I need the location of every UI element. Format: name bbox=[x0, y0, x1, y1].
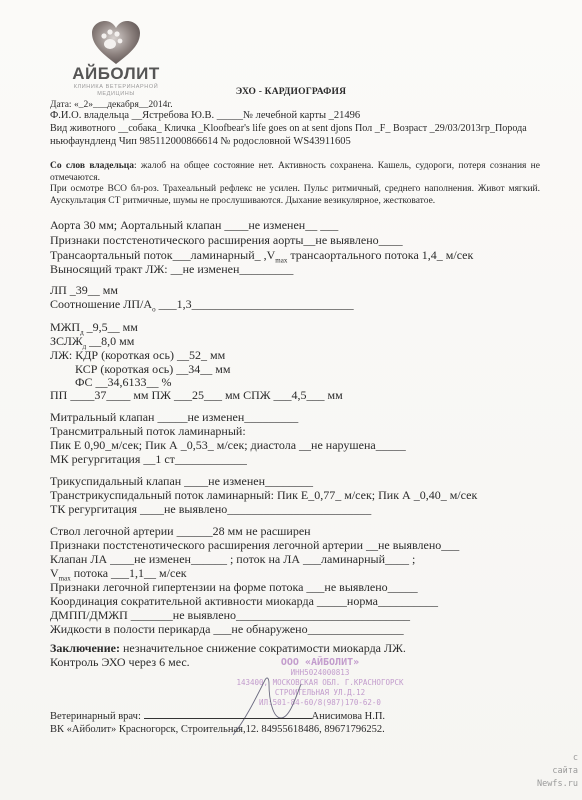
aorta-flow-value: трансаортального потока 1,4_ м/сек bbox=[287, 248, 473, 262]
conclusion: Заключение: незначительное снижение сокр… bbox=[50, 641, 406, 656]
mitral-line-2: Трансмитральный поток ламинарный: bbox=[50, 424, 246, 439]
owner-line: Ф.И.О. владельца __Ястребова Ю.В. _____№… bbox=[50, 110, 360, 121]
doctor-name: Анисимова Н.П. bbox=[312, 711, 386, 722]
tricuspid-line-1: Трикуспидальный клапан ____не изменен___… bbox=[50, 474, 313, 489]
la-ao-value: ___1,3___________________________ bbox=[156, 297, 354, 311]
exam-date: Дата: «_2»___декабря__2014г. bbox=[50, 100, 173, 110]
heart-paw-icon bbox=[90, 20, 142, 66]
lvpw-label: ЗСЛЖ bbox=[50, 334, 83, 348]
aorta-line-2: Признаки постстенотического расширения а… bbox=[50, 233, 403, 248]
chamber-sizes: ПП ____37____ мм ПЖ ___25___ мм СПЖ ___4… bbox=[50, 388, 343, 403]
tricuspid-line-2: Транстрикуспидальный поток ламинарный: П… bbox=[50, 488, 477, 503]
watermark: с сайта Newfs.ru bbox=[537, 752, 578, 791]
conclusion-label: Заключение: bbox=[50, 641, 120, 655]
pulmonary-line-7: ДМПП/ДМЖП _______не выявлено____________… bbox=[50, 608, 410, 623]
watermark-line-3: Newfs.ru bbox=[537, 778, 578, 791]
pulm-v-label: V bbox=[50, 566, 59, 580]
pulmonary-line-8: Жидкости в полости перикарда ___не обнар… bbox=[50, 622, 404, 637]
clinic-name: АЙБОЛИТ bbox=[66, 64, 166, 84]
ivs-value: _9,5__ мм bbox=[84, 320, 138, 334]
pulmonary-line-2: Признаки постстенотического расширения л… bbox=[50, 538, 459, 553]
mitral-line-1: Митральный клапан _____не изменен_______… bbox=[50, 410, 298, 425]
aorta-line-1: Аорта 30 мм; Аортальный клапан ____не из… bbox=[50, 218, 338, 233]
doctor-label: Ветеринарный врач: bbox=[50, 711, 141, 722]
stamp-line-1: ООО «АЙБОЛИТ» bbox=[220, 658, 420, 668]
clinic-address: ВК «Айболит» Красногорск, Строительная,1… bbox=[50, 724, 385, 735]
document-page: АЙБОЛИТ КЛИНИКА ВЕТЕРИНАРНОЙ МЕДИЦИНЫ ЭХ… bbox=[0, 0, 582, 800]
tricuspid-line-3: ТК регургитация ____не выявлено_________… bbox=[50, 502, 371, 517]
aorta-line-4: Выносящий тракт ЛЖ: __не изменен________… bbox=[50, 262, 293, 277]
doctor-row: Ветеринарный врач: Анисимова Н.П. bbox=[50, 711, 385, 722]
animal-line: Вид животного __собака_ Кличка _Kloofbea… bbox=[50, 123, 527, 134]
pulmonary-line-3: Клапан ЛА ____не изменен______ ; поток н… bbox=[50, 552, 415, 567]
lv-edd: ЛЖ: КДР (короткая ось) __52_ мм bbox=[50, 348, 225, 363]
pulmonary-line-5: Признаки легочной гипертензии на форме п… bbox=[50, 580, 418, 595]
aorta-flow-label: Трансаортальный поток___ламинарный_ ,V bbox=[50, 248, 275, 262]
conclusion-text: незначительное снижение сократимости мио… bbox=[120, 641, 406, 655]
document-title: ЭХО - КАРДИОГРАФИЯ bbox=[0, 87, 582, 97]
exam-text: При осмотре ВСО бл-роз. Трахеальный рефл… bbox=[50, 184, 540, 207]
lvpw-value: __8,0 мм bbox=[86, 334, 134, 348]
la-size: ЛП _39__ мм bbox=[50, 283, 118, 298]
ivs-label: МЖП bbox=[50, 320, 80, 334]
mitral-line-4: МК регургитация __1 ст____________ bbox=[50, 452, 247, 467]
pulm-v-value: потока ___1,1__ м/сек bbox=[71, 566, 187, 580]
anamnesis: Со слов владельца: жалоб на общее состоя… bbox=[50, 161, 540, 184]
anamnesis-label: Со слов владельца bbox=[50, 161, 134, 171]
pulmonary-line-6: Координация сократительной активности ми… bbox=[50, 594, 438, 609]
watermark-line-1: с bbox=[537, 752, 578, 765]
watermark-line-2: сайта bbox=[537, 765, 578, 778]
mitral-line-3: Пик Е 0,90_м/сек; Пик А _0,53_ м/сек; ди… bbox=[50, 438, 406, 453]
pulmonary-line-1: Ствол легочной артерии ______28 мм не ра… bbox=[50, 524, 311, 539]
la-ao-label: Соотношение ЛП/А bbox=[50, 297, 152, 311]
animal-line-2: ньюфаундленд Чип 985112000866614 № родос… bbox=[50, 136, 351, 147]
signature-line bbox=[144, 717, 312, 719]
followup: Контроль ЭХО через 6 мес. bbox=[50, 655, 190, 670]
la-ao-ratio: Соотношение ЛП/Ао ___1,3________________… bbox=[50, 297, 354, 313]
